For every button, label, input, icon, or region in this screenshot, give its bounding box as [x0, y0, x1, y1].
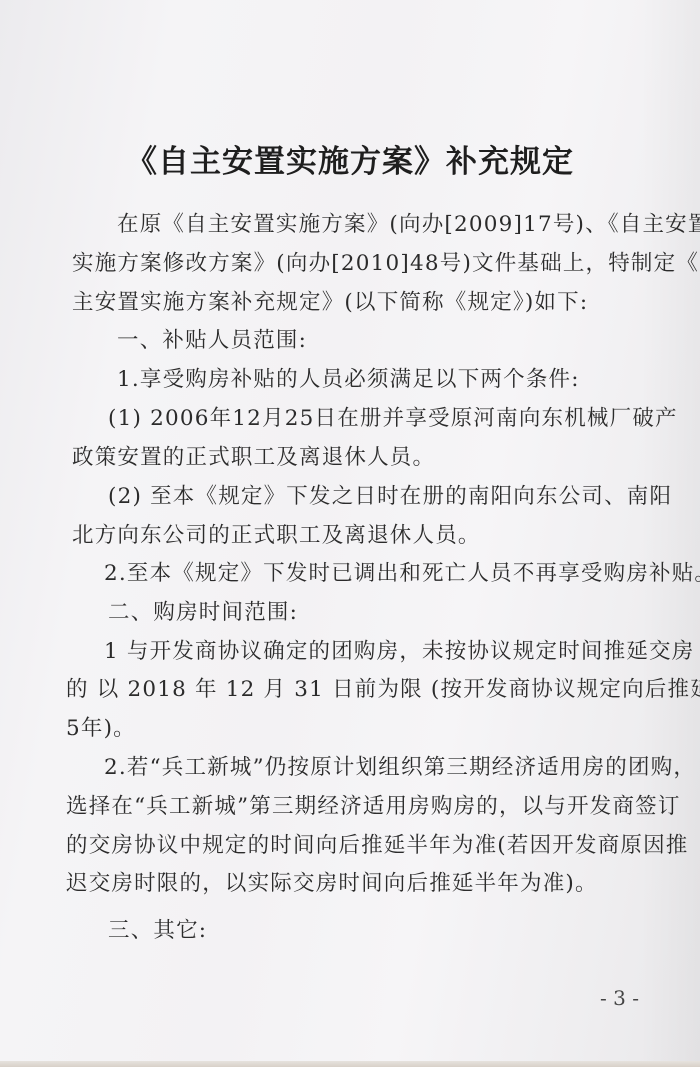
section-heading: 三、其它: — [108, 913, 207, 944]
paragraph-line: 迟交房时限的，以实际交房时间向后推延半年为准)。 — [66, 866, 598, 897]
paragraph-line: 的交房协议中规定的时间向后推延半年为准(若因开发商原因推 — [66, 828, 689, 859]
paper-bottom-edge — [0, 1061, 700, 1067]
paragraph-line: 1 与开发商协议确定的团购房，未按协议规定时间推延交房 — [104, 634, 694, 665]
paragraph-line: 主安置实施方案补充规定》(以下简称《规定》)如下: — [72, 285, 588, 316]
paragraph-line: 的 以 2018 年 12 月 31 日前为限 (按开发商协议规定向后推延 — [66, 672, 700, 703]
paragraph-line: 1.享受购房补贴的人员必须满足以下两个条件: — [117, 362, 580, 393]
paragraph-line: 5年)。 — [66, 711, 136, 742]
paragraph-line: (1) 2006年12月25日在册并享受原河南向东机械厂破产 — [108, 401, 678, 432]
section-heading: 二、购房时间范围: — [108, 595, 298, 626]
document-title: 《自主安置实施方案》补充规定 — [0, 136, 700, 181]
paper-shadow — [640, 0, 700, 1067]
paragraph-line: 2.至本《规定》下发时已调出和死亡人员不再享受购房补贴。 — [104, 556, 700, 587]
page-number: - 3 - — [600, 986, 639, 1010]
paragraph-line: 选择在“兵工新城”第三期经济适用房购房的，以与开发商签订 — [66, 789, 681, 820]
paragraph-line: 北方向东公司的正式职工及离退休人员。 — [72, 518, 481, 549]
paragraph-line: (2) 至本《规定》下发之日时在册的南阳向东公司、南阳 — [108, 479, 672, 510]
paragraph-line: 政策安置的正式职工及离退休人员。 — [72, 440, 435, 471]
document-page: 《自主安置实施方案》补充规定 在原《自主安置实施方案》(向办[2009]17号)… — [0, 0, 700, 1067]
paragraph-line: 实施方案修改方案》(向办[2010]48号)文件基础上，特制定《自 — [72, 246, 700, 277]
section-heading: 一、补贴人员范围: — [117, 323, 307, 354]
paragraph-line: 2.若“兵工新城”仍按原计划组织第三期经济适用房的团购， — [104, 750, 696, 781]
paragraph-line: 在原《自主安置实施方案》(向办[2009]17号)、《自主安置 — [117, 207, 700, 238]
